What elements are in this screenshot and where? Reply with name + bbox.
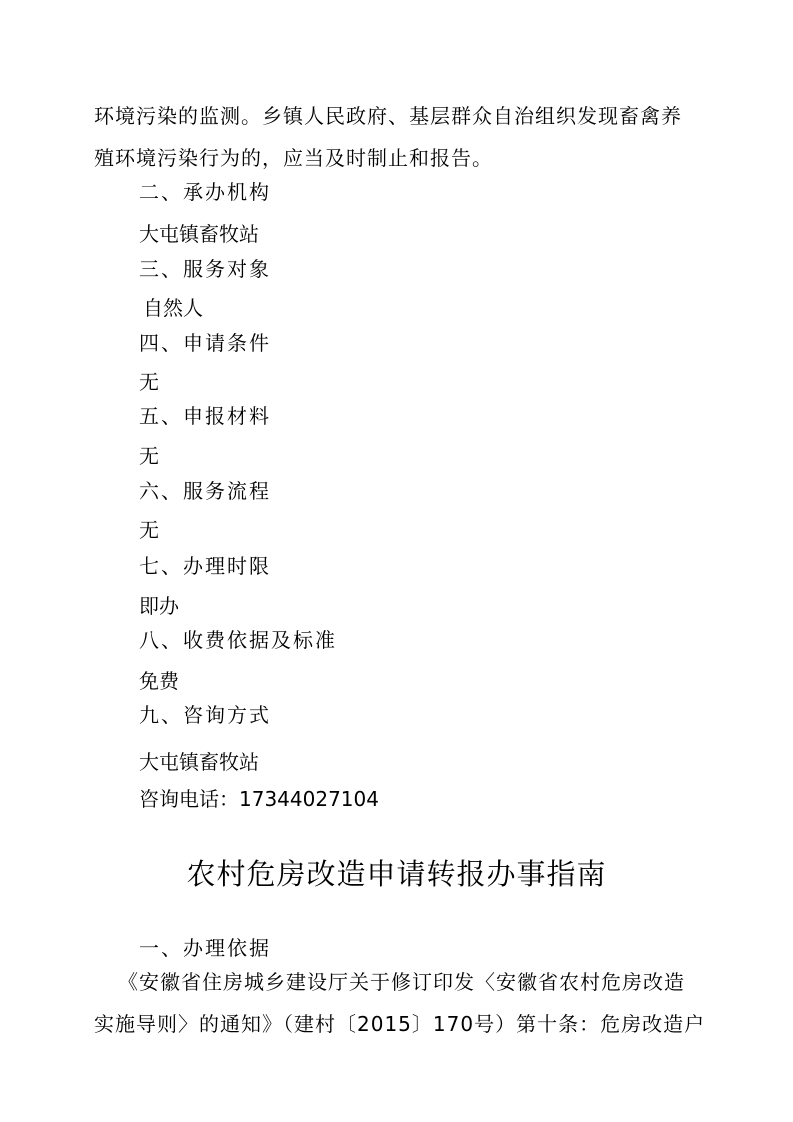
section-value-fees: 免费: [139, 669, 179, 693]
section-heading-time-limit: 七、办理时限: [139, 554, 271, 578]
paragraph-line-1: 环境污染的监测。乡镇人民政府、基层群众自治组织发现畜禽养: [94, 104, 682, 128]
paragraph-line-2: 殖环境污染行为的，应当及时制止和报告。: [94, 146, 493, 170]
section-value-process: 无: [139, 518, 159, 542]
section-value-conditions: 无: [139, 370, 159, 394]
section-value-time-limit: 即办: [139, 594, 179, 618]
section-heading-agency: 二、承办机构: [139, 180, 271, 204]
guide-title: 农村危房改造申请转报办事指南: [0, 857, 793, 891]
basis-line-1: 《安徽省住房城乡建设厅关于修订印发〈安徽省农村危房改造: [118, 970, 685, 994]
section-heading-conditions: 四、申请条件: [139, 331, 271, 355]
basis-line-2: 实施导则〉的通知》（建村〔2015〕170号）第十条：危房改造户: [94, 1012, 705, 1036]
section-value-agency: 大屯镇畜牧站: [139, 222, 259, 246]
section-value-service-target: 自然人: [143, 296, 203, 320]
section-heading-process: 六、服务流程: [139, 479, 271, 503]
section-heading-consultation: 九、咨询方式: [139, 703, 271, 727]
section-heading-materials: 五、申报材料: [139, 404, 271, 428]
contact-phone: 咨询电话：17344027104: [139, 787, 379, 811]
section-heading-fees: 八、收费依据及标准: [139, 628, 337, 652]
section-value-materials: 无: [139, 444, 159, 468]
section-heading-service-target: 三、服务对象: [139, 257, 271, 281]
section-value-consultation: 大屯镇畜牧站: [139, 750, 259, 774]
section-heading-basis: 一、办理依据: [139, 936, 271, 960]
